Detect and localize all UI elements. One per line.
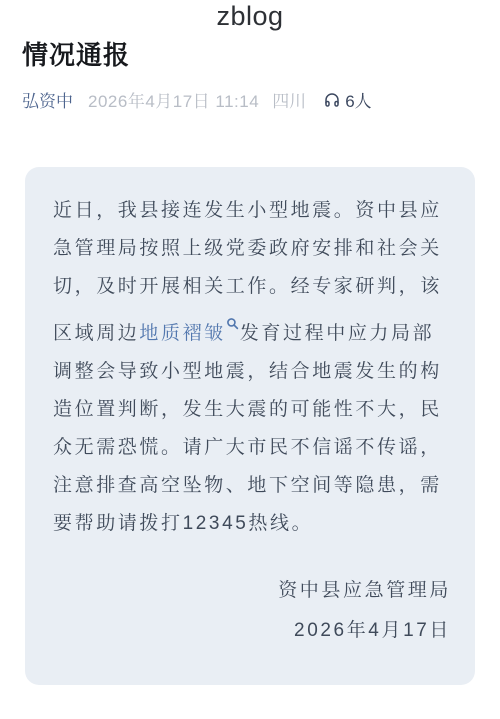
notice-paragraph: 近日，我县接连发生小型地震。资中县应急管理局按照上级党委政府安排和社会关切，及时…: [53, 192, 451, 543]
signature-block: 资中县应急管理局 2026年4月17日: [53, 571, 451, 651]
publish-datetime: 2026年4月17日 11:14: [88, 87, 259, 112]
site-title: zblog: [0, 0, 500, 32]
listeners-count: 6人: [345, 87, 371, 112]
geology-term-label: 地质褶皱: [139, 323, 225, 344]
article-title: 情况通报: [22, 35, 500, 72]
signature-date: 2026年4月17日: [53, 611, 451, 651]
notice-text-after-link: 发育过程中应力局部调整会导致小型地震，结合地震发生的构造位置判断，发生大震的可能…: [53, 323, 442, 534]
publish-location: 四川: [272, 87, 306, 112]
headset-icon: [323, 91, 341, 109]
signature-agency: 资中县应急管理局: [53, 571, 451, 611]
listeners-counter[interactable]: 6人: [323, 87, 371, 112]
search-icon: [226, 306, 239, 319]
geology-term-link[interactable]: 地质褶皱: [139, 323, 239, 344]
author-link[interactable]: 弘资中: [22, 87, 73, 112]
notice-card: 近日，我县接连发生小型地震。资中县应急管理局按照上级党委政府安排和社会关切，及时…: [25, 167, 475, 685]
article-meta: 弘资中 2026年4月17日 11:14 四川 6人: [22, 87, 500, 112]
